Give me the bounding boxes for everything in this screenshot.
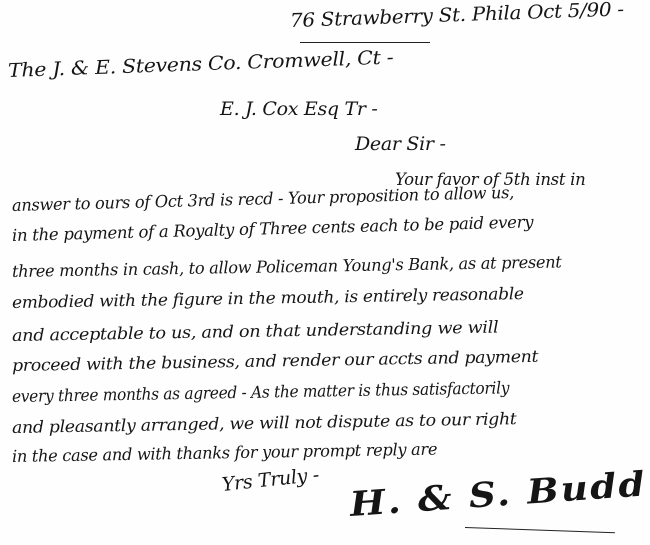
letter-page: 76 Strawberry St. Phila Oct 5/90 - The J…	[0, 0, 650, 545]
signature-underline	[465, 527, 615, 533]
closing: Yrs Truly -	[221, 464, 320, 496]
signature: H. & S. Budd	[349, 464, 648, 525]
body-line: three months in cash, to allow Policeman…	[12, 252, 562, 281]
addressee-line: The J. & E. Stevens Co. Cromwell, Ct -	[8, 47, 394, 82]
body-line: embodied with the figure in the mouth, i…	[12, 284, 524, 312]
body-line: answer to ours of Oct 3rd is recd - Your…	[12, 183, 514, 215]
dateline: 76 Strawberry St. Phila Oct 5/90 -	[290, 0, 624, 32]
body-line: and acceptable to us, and on that unders…	[12, 318, 499, 345]
body-line: every three months as agreed - As the ma…	[12, 378, 509, 406]
dateline-underline	[300, 42, 430, 43]
body-line: in the case and with thanks for your pro…	[12, 440, 437, 466]
body-line: and pleasantly arranged, we will not dis…	[12, 409, 517, 437]
body-line: in the payment of a Royalty of Three cen…	[12, 212, 534, 245]
attention-line: E. J. Cox Esq Tr -	[220, 98, 378, 120]
body-line: proceed with the business, and render ou…	[12, 347, 539, 375]
salutation: Dear Sir -	[355, 133, 446, 155]
